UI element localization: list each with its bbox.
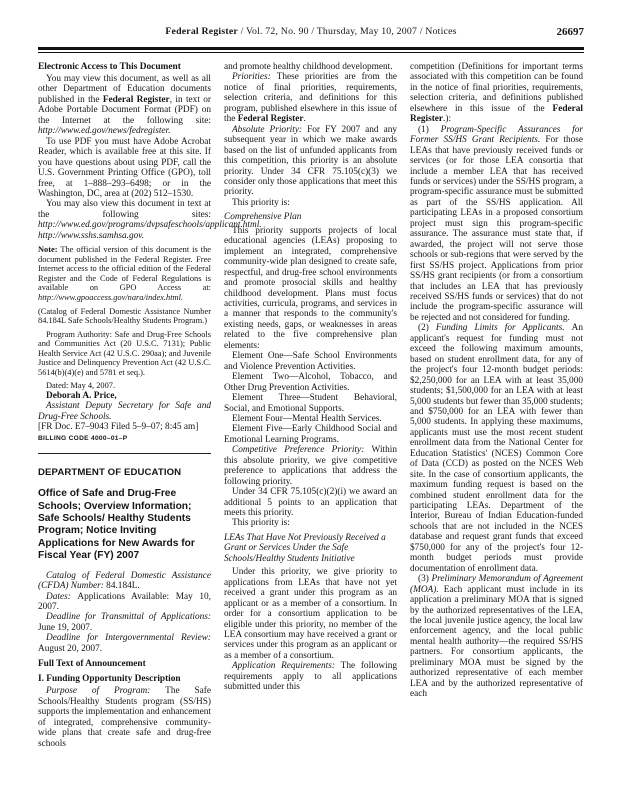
paragraph-competitive-preference: Competitive Preference Priority: Within … (224, 445, 397, 487)
heading-electronic-access: Electronic Access to This Document (38, 62, 211, 72)
column-right: competition (Definitions for important t… (410, 62, 583, 749)
paragraph-element-one: Element One—Safe School Environments and… (224, 351, 397, 372)
fr-doc-line: [FR Doc. E7–9043 Filed 5–9–07; 8:45 am] (38, 422, 211, 432)
heading-comprehensive-plan: Comprehensive Plan (224, 212, 397, 222)
link-text-fedregister: http://www.ed.gov/news/fedregister. (38, 126, 170, 136)
billing-code: BILLING CODE 4000–01–P (38, 435, 211, 442)
paragraph-comprehensive-plan: This priority supports projects of local… (224, 226, 397, 351)
journal-name: Federal Register (165, 26, 238, 37)
paragraph-requirement-3: (3) Preliminary Memorandum of Agreement … (410, 574, 583, 699)
paragraph-cfda: Catalog of Federal Domestic Assistance (… (38, 571, 211, 592)
heading-funding-opportunity: I. Funding Opportunity Description (38, 674, 211, 684)
paragraph-priorities: Priorities: These priorities are from th… (224, 72, 397, 124)
paragraph-catalog: (Catalog of Federal Domestic Assistance … (38, 307, 211, 326)
header-rule-thin (38, 52, 584, 54)
issue-info: / Vol. 72, No. 90 / Thursday, May 10, 20… (238, 26, 457, 37)
paragraph-absolute-priority: Absolute Priority: For FY 2007 and any s… (224, 125, 397, 198)
paragraph-element-two: Element Two—Alcohol, Tobacco, and Other … (224, 372, 397, 393)
signature-title: Assistant Deputy Secretary for Safe and … (38, 401, 211, 422)
paragraph-under-34-cfr: Under 34 CFR 75.105(c)(2)(i) we award an… (224, 487, 397, 518)
column-left: Electronic Access to This Document You m… (38, 62, 211, 749)
heading-full-text: Full Text of Announcement (38, 659, 211, 669)
paragraph-view-document: You may view this document, as well as a… (38, 74, 211, 137)
header-rule-thick (38, 47, 584, 50)
paragraph-purpose: Purpose of Program: The Safe Schools/Hea… (38, 686, 211, 749)
paragraph-deadline-transmittal: Deadline for Transmittal of Applications… (38, 612, 211, 633)
paragraph-dates: Dates: Applications Available: May 10, 2… (38, 592, 211, 613)
page-number: 26697 (557, 26, 585, 38)
paragraph-this-priority-2: This priority is: (224, 518, 397, 528)
paragraph-leas-priority: Under this priority, we give priority to… (224, 567, 397, 661)
three-column-body: Electronic Access to This Document You m… (38, 62, 584, 749)
paragraph-dated: Dated: May 4, 2007. (38, 381, 211, 391)
paragraph-element-four: Element Four—Mental Health Services. (224, 414, 397, 424)
paragraph-deadline-review: Deadline for Intergovernmental Review: A… (38, 633, 211, 654)
department-heading: DEPARTMENT OF EDUCATION (38, 467, 211, 478)
paragraph-program-authority: Program Authority: Safe and Drug-Free Sc… (38, 330, 211, 378)
paragraph-also-view: You may also view this document in text … (38, 199, 211, 241)
signature-name: Deborah A. Price, (38, 391, 211, 401)
header-double-rule (38, 47, 584, 53)
paragraph-element-five: Element Five—Early Childhood Social and … (224, 424, 397, 445)
paragraph-this-priority-1: This priority is: (224, 198, 397, 208)
paragraph-element-three: Element Three—Student Behavioral, Social… (224, 393, 397, 414)
link-text-gpoaccess: http://www.gpoaccess.gov/nara/index.html… (38, 293, 183, 302)
heading-leas-not-previously: LEAs That Have Not Previously Received a… (224, 533, 397, 564)
paragraph-continuation-development: and promote healthy childhood developmen… (224, 62, 397, 72)
running-head-title: Federal Register / Vol. 72, No. 90 / Thu… (38, 26, 584, 37)
running-head: Federal Register / Vol. 72, No. 90 / Thu… (38, 26, 584, 44)
column-middle: and promote healthy childhood developmen… (224, 62, 397, 749)
paragraph-note: Note: The official version of this docum… (38, 245, 211, 302)
paragraph-requirement-2: (2) Funding Limits for Applicants. An ap… (410, 323, 583, 574)
notice-title: Office of Safe and Drug-Free Schools; Ov… (38, 488, 211, 562)
paragraph-requirement-1: (1) Program-Specific Assurances for Form… (410, 125, 583, 324)
section-divider-rule (38, 453, 211, 454)
paragraph-pdf-info: To use PDF you must have Adobe Acrobat R… (38, 137, 211, 200)
federal-register-page: Federal Register / Vol. 72, No. 90 / Thu… (0, 0, 622, 804)
paragraph-application-requirements: Application Requirements: The following … (224, 661, 397, 692)
link-text-sshs: http://www.sshs.samhsa.gov. (38, 231, 144, 241)
paragraph-continuation-competition: competition (Definitions for important t… (410, 62, 583, 125)
